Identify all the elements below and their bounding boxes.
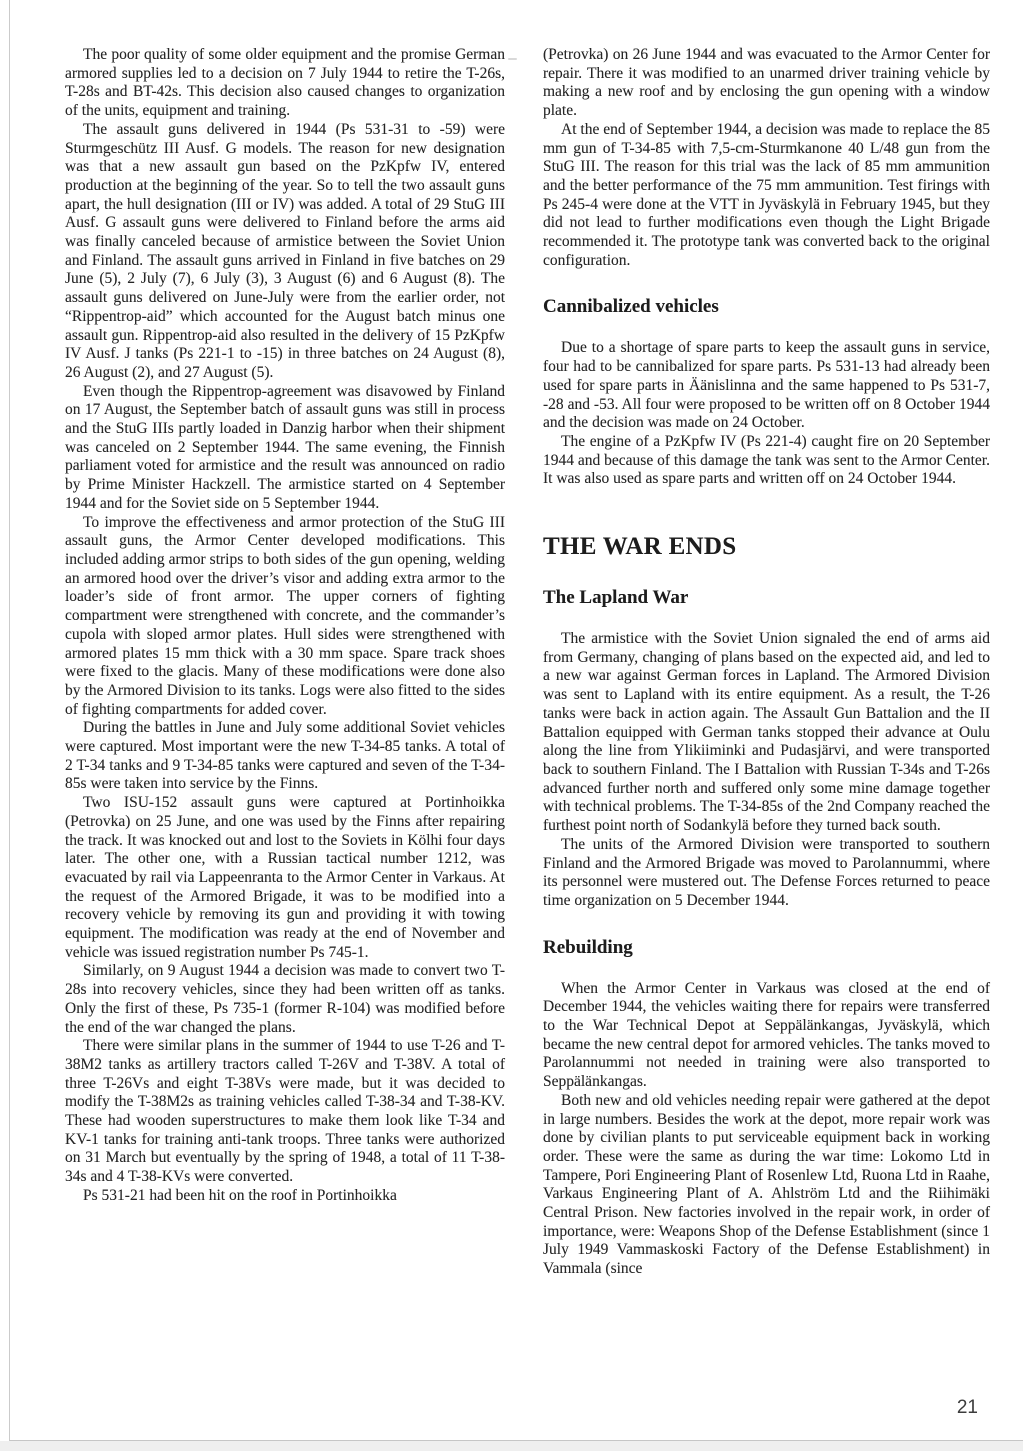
left-column: The poor quality of some older equipment…: [65, 46, 505, 1206]
paragraph: (Petrovka) on 26 June 1944 and was evacu…: [543, 46, 990, 121]
scan-speck: [508, 58, 517, 60]
section-heading-the-war-ends: THE WAR ENDS: [543, 533, 990, 561]
paragraph: Two ISU-152 assault guns were captured a…: [65, 794, 505, 962]
paragraph: The armistice with the Soviet Union sign…: [543, 630, 990, 836]
paragraph: When the Armor Center in Varkaus was clo…: [543, 980, 990, 1092]
paragraph: Ps 531-21 had been hit on the roof in Po…: [65, 1187, 505, 1206]
paragraph: Both new and old vehicles needing repair…: [543, 1092, 990, 1279]
paragraph: The engine of a PzKpfw IV (Ps 221-4) cau…: [543, 433, 990, 489]
section-heading-rebuilding: Rebuilding: [543, 937, 990, 959]
paragraph: The poor quality of some older equipment…: [65, 46, 505, 121]
book-page: The poor quality of some older equipment…: [0, 0, 1023, 1451]
page-number: 21: [957, 1397, 978, 1419]
paragraph: The units of the Armored Division were t…: [543, 836, 990, 911]
paragraph: Due to a shortage of spare parts to keep…: [543, 339, 990, 433]
section-heading-the-lapland-war: The Lapland War: [543, 587, 990, 609]
right-column: (Petrovka) on 26 June 1944 and was evacu…: [543, 46, 990, 1279]
paragraph: Similarly, on 9 August 1944 a decision w…: [65, 962, 505, 1037]
paragraph: There were similar plans in the summer o…: [65, 1037, 505, 1187]
section-heading-cannibalized-vehicles: Cannibalized vehicles: [543, 296, 990, 318]
paragraph: To improve the effectiveness and armor p…: [65, 514, 505, 720]
paragraph: The assault guns delivered in 1944 (Ps 5…: [65, 121, 505, 383]
paragraph: During the battles in June and July some…: [65, 719, 505, 794]
page-edge-left: [9, 0, 10, 1441]
page-edge-bottom-strip: [0, 1441, 1023, 1451]
paragraph: Even though the Rippentrop-agreement was…: [65, 383, 505, 514]
paragraph: At the end of September 1944, a decision…: [543, 121, 990, 271]
